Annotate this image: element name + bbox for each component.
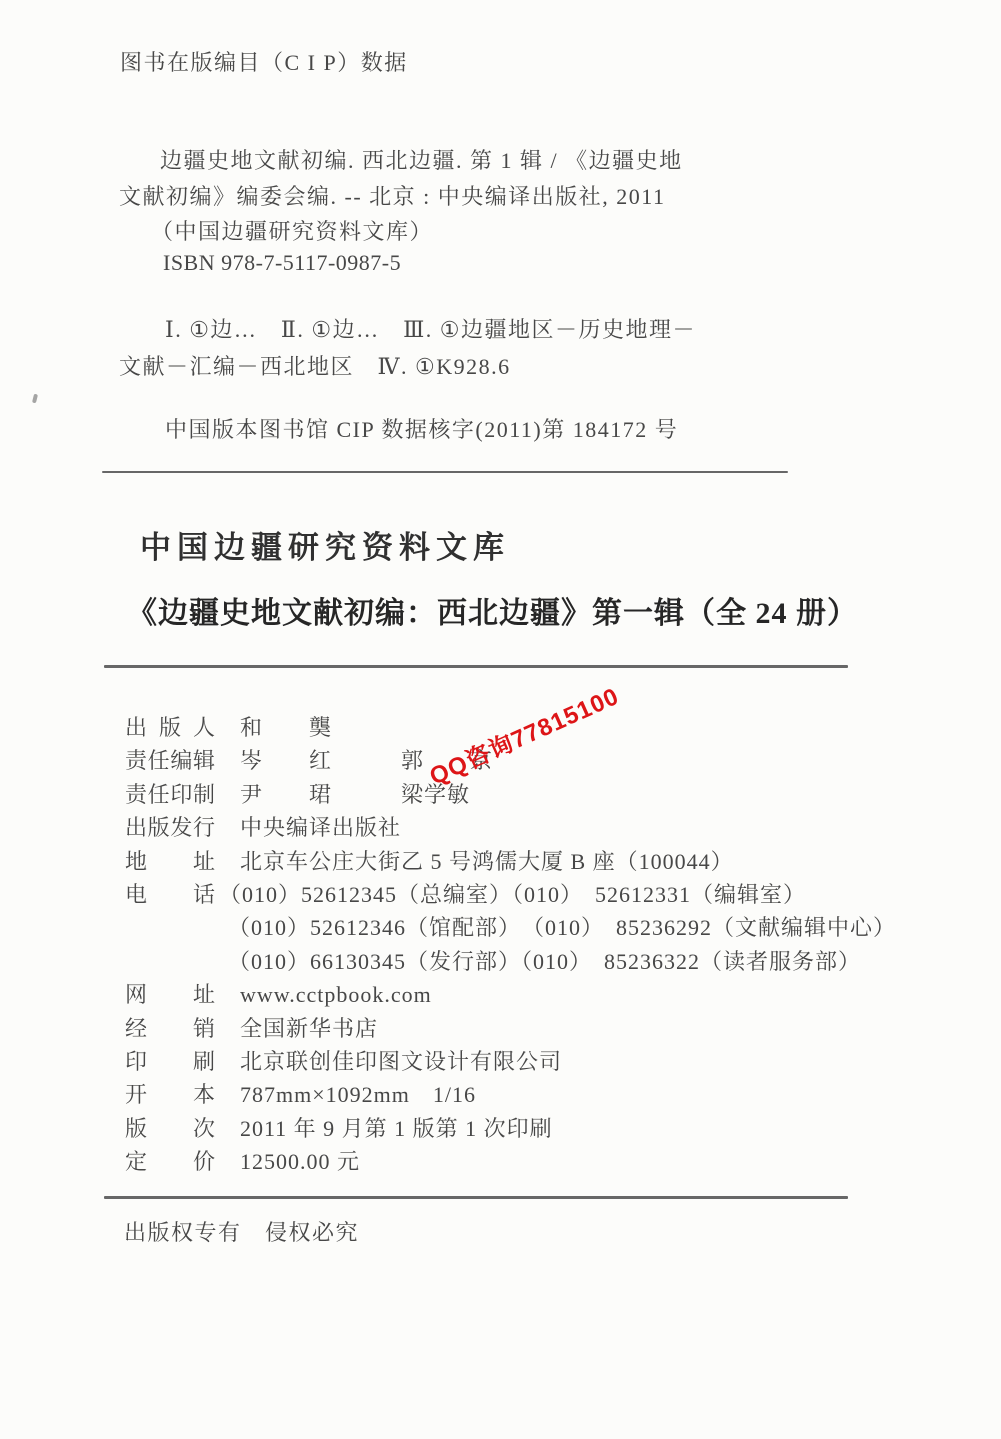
colophon-value: 12500.00 元 (240, 1149, 360, 1174)
colophon-value: 北京联创佳印图文设计有限公司 (240, 1049, 562, 1074)
cip-header: 图书在版编目（C I P）数据 (120, 46, 408, 77)
colophon-value: www.cctpbook.com (240, 982, 432, 1007)
colophon-value: 北京车公庄大街乙 5 号鸿儒大厦 B 座（100044） (240, 849, 734, 874)
colophon-row: 网址www.cctpbook.com (125, 978, 896, 1011)
book-title: 《边疆史地文献初编：西北边疆》第一辑（全 24 册） (127, 588, 858, 632)
colophon-row: 开本787mm×1092mm 1/16 (125, 1078, 896, 1111)
colophon-row: 印刷北京联创佳印图文设计有限公司 (125, 1045, 896, 1078)
colophon-row: 出版发行中央编译出版社 (125, 811, 896, 844)
colophon-value: （010）66130345（发行部）（010） 85236322（读者服务部） (228, 949, 861, 974)
cip-line-2: 文献初编》编委会编. -- 北京 : 中央编译出版社, 2011 (119, 180, 665, 211)
colophon-row: （010）66130345（发行部）（010） 85236322（读者服务部） (125, 945, 896, 978)
colophon-label: 版次 (125, 1112, 215, 1145)
colophon-value: 中央编译出版社 (240, 815, 401, 840)
isbn: ISBN 978-7-5117-0987-5 (163, 250, 401, 276)
colophon-row: 责任印制尹 珺 梁学敏 (125, 778, 896, 811)
cip-line-1: 边疆史地文献初编. 西北边疆. 第 1 辑 / 《边疆史地 (160, 144, 683, 175)
book-copyright-page: 图书在版编目（C I P）数据 边疆史地文献初编. 西北边疆. 第 1 辑 / … (0, 0, 1001, 1439)
copyright-notice: 出版权专有 侵权必究 (124, 1216, 359, 1247)
cip-classification-line-2: 文献－汇编－西北地区 Ⅳ. ①K928.6 (119, 350, 511, 381)
colophon-label: 责任编辑 (125, 744, 215, 777)
colophon-row: （010）52612346（馆配部） （010） 85236292（文献编辑中心… (125, 911, 896, 944)
colophon-label: 出版人 (125, 711, 215, 744)
colophon-row: 经销全国新华书店 (125, 1012, 896, 1045)
colophon-value: （010）52612345（总编室）（010） 52612331（编辑室） (219, 882, 806, 907)
colophon-label: 网址 (125, 978, 215, 1011)
divider-middle (104, 665, 848, 668)
colophon-row: 版次2011 年 9 月第 1 版第 1 次印刷 (125, 1112, 896, 1145)
colophon-row: 定价12500.00 元 (125, 1145, 896, 1178)
colophon-row: 电话（010）52612345（总编室）（010） 52612331（编辑室） (125, 878, 896, 911)
colophon-label: 出版发行 (125, 811, 215, 844)
colophon-value: （010）52612346（馆配部） （010） 85236292（文献编辑中心… (228, 915, 896, 940)
colophon-label: 定价 (125, 1145, 215, 1178)
colophon-row: 地址北京车公庄大街乙 5 号鸿儒大厦 B 座（100044） (125, 845, 896, 878)
cip-classification-line-1: Ⅰ. ①边… Ⅱ. ①边… Ⅲ. ①边疆地区－历史地理－ (165, 313, 696, 344)
cip-series-note: （中国边疆研究资料文库） (151, 215, 433, 246)
series-title: 中国边疆研究资料文库 (140, 522, 510, 567)
colophon-value: 787mm×1092mm 1/16 (240, 1082, 476, 1107)
colophon-value: 2011 年 9 月第 1 版第 1 次印刷 (240, 1116, 553, 1141)
colophon-label: 印刷 (125, 1045, 215, 1078)
colophon-label: 开本 (125, 1078, 215, 1111)
colophon-value: 和 龑 (240, 715, 332, 740)
cip-record-number: 中国版本图书馆 CIP 数据核字(2011)第 184172 号 (165, 413, 678, 444)
divider-bottom (104, 1196, 848, 1199)
divider-top (102, 471, 788, 473)
scan-speck (32, 394, 38, 404)
colophon-label: 电话 (125, 878, 215, 911)
colophon: 出版人和 龑 责任编辑岑 红 郭 京 责任印制尹 珺 梁学敏 出版发行中央编译出… (125, 711, 896, 1178)
colophon-label: 责任印制 (125, 778, 215, 811)
colophon-label: 地址 (125, 845, 215, 878)
colophon-label: 经销 (125, 1012, 215, 1045)
colophon-value: 全国新华书店 (240, 1016, 378, 1041)
